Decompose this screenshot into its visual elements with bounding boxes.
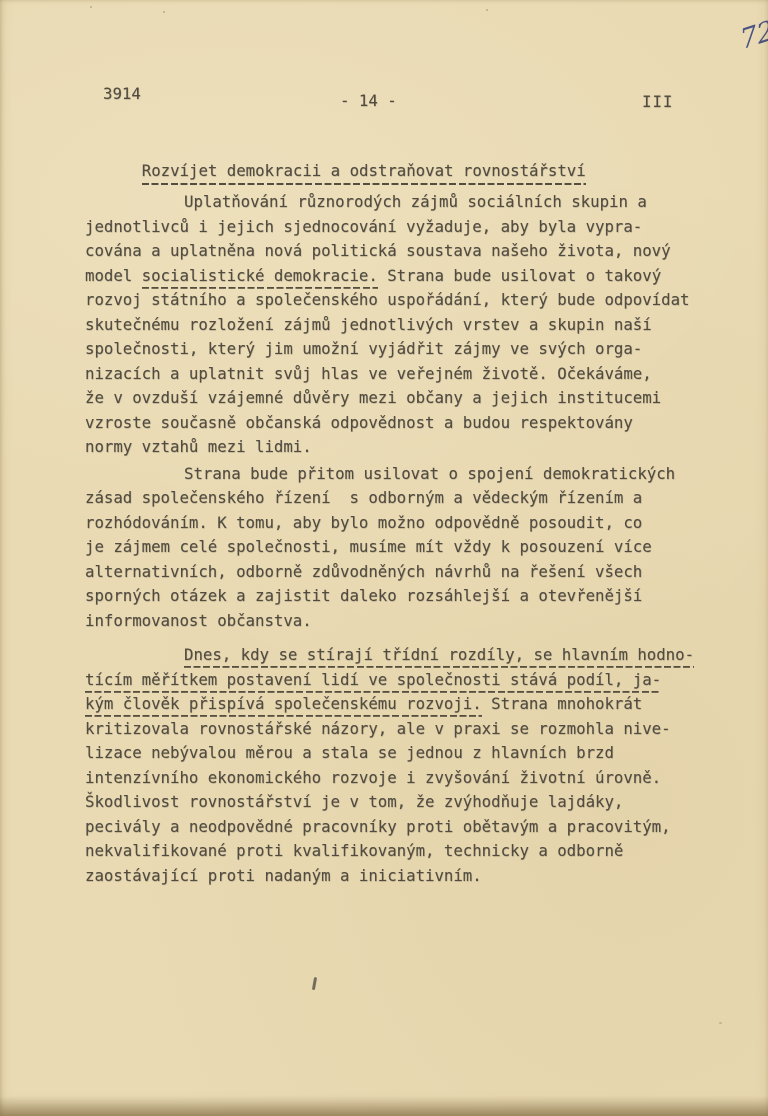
text-line: společnosti, který jim umožní vyjádřit z… bbox=[85, 337, 745, 362]
document-body: Uplatňování různorodých zájmů sociálních… bbox=[85, 190, 745, 888]
text-line: nizacích a uplatnit svůj hlas ve veřejné… bbox=[85, 362, 745, 387]
text-line: model socialistické demokracie. Strana b… bbox=[85, 264, 745, 289]
handwritten-page-number: 72 bbox=[738, 15, 768, 56]
paper-speck bbox=[486, 9, 488, 11]
paragraph: Uplatňování různorodých zájmů sociálních… bbox=[85, 190, 745, 460]
text-line: normy vztahů mezi lidmi. bbox=[85, 435, 745, 460]
text-line: zaostávající proti nadaným a iniciativní… bbox=[85, 864, 745, 889]
text-line: informovanost občanstva. bbox=[85, 609, 745, 634]
text-line: tícím měřítkem postavení lidí ve společn… bbox=[85, 668, 745, 693]
text-line: rozhódováním. K tomu, aby bylo možno odp… bbox=[85, 511, 745, 536]
text-line: zásad společenského řízení s odborným a … bbox=[85, 486, 745, 511]
paper-speck bbox=[719, 1022, 722, 1024]
text-line: cována a uplatněna nová politická sousta… bbox=[85, 239, 745, 264]
text-line: pecivály a neodpovědné pracovníky proti … bbox=[85, 815, 745, 840]
text-line: je zájmem celé společnosti, musíme mít v… bbox=[85, 535, 745, 560]
page-number: - 14 - bbox=[340, 89, 397, 114]
text-line: že v ovzduší vzájemné důvěry mezi občany… bbox=[85, 386, 745, 411]
text-line: lizace nebývalou měrou a stala se jednou… bbox=[85, 741, 745, 766]
text-line: sporných otázek a zajistit daleko rozsáh… bbox=[85, 584, 745, 609]
section-number: III bbox=[642, 90, 673, 115]
text-line: skutečnému rozložení zájmů jednotlivých … bbox=[85, 313, 745, 338]
text-line: Škodlivost rovnostářství je v tom, že zv… bbox=[85, 790, 745, 815]
text-line: jednotlivců i jejich sjednocování vyžadu… bbox=[85, 215, 745, 240]
text-line: nekvalifikované proti kvalifikovaným, te… bbox=[85, 839, 745, 864]
text-line: Uplatňování různorodých zájmů sociálních… bbox=[85, 190, 745, 215]
text-line: rozvoj státního a společenského uspořádá… bbox=[85, 288, 745, 313]
text-line: vzroste současně občanská odpovědnost a … bbox=[85, 411, 745, 436]
paragraph: Dnes, kdy se stírají třídní rozdíly, se … bbox=[85, 643, 745, 888]
ink-mark bbox=[312, 977, 317, 990]
text-line: alternativních, odborně zdůvodněných náv… bbox=[85, 560, 745, 585]
text-line: Strana bude přitom usilovat o spojení de… bbox=[85, 462, 745, 487]
paragraph: Strana bude přitom usilovat o spojení de… bbox=[85, 462, 745, 634]
text-line: Dnes, kdy se stírají třídní rozdíly, se … bbox=[85, 643, 745, 668]
doc-number: 3914 bbox=[103, 82, 141, 107]
text-line: intenzívního ekonomického rozvoje i zvyš… bbox=[85, 766, 745, 791]
text-line: kým člověk přispívá společenskému rozvoj… bbox=[85, 692, 745, 717]
document-title-text: Rozvíjet demokracii a odstraňovat rovnos… bbox=[142, 161, 586, 185]
paper-speck bbox=[90, 6, 92, 8]
text-line: kritizovala rovnostářské názory, ale v p… bbox=[85, 717, 745, 742]
scanned-page: 72 3914 - 14 - III Rozvíjet demokracii a… bbox=[0, 0, 768, 1116]
paper-speck bbox=[163, 11, 165, 13]
